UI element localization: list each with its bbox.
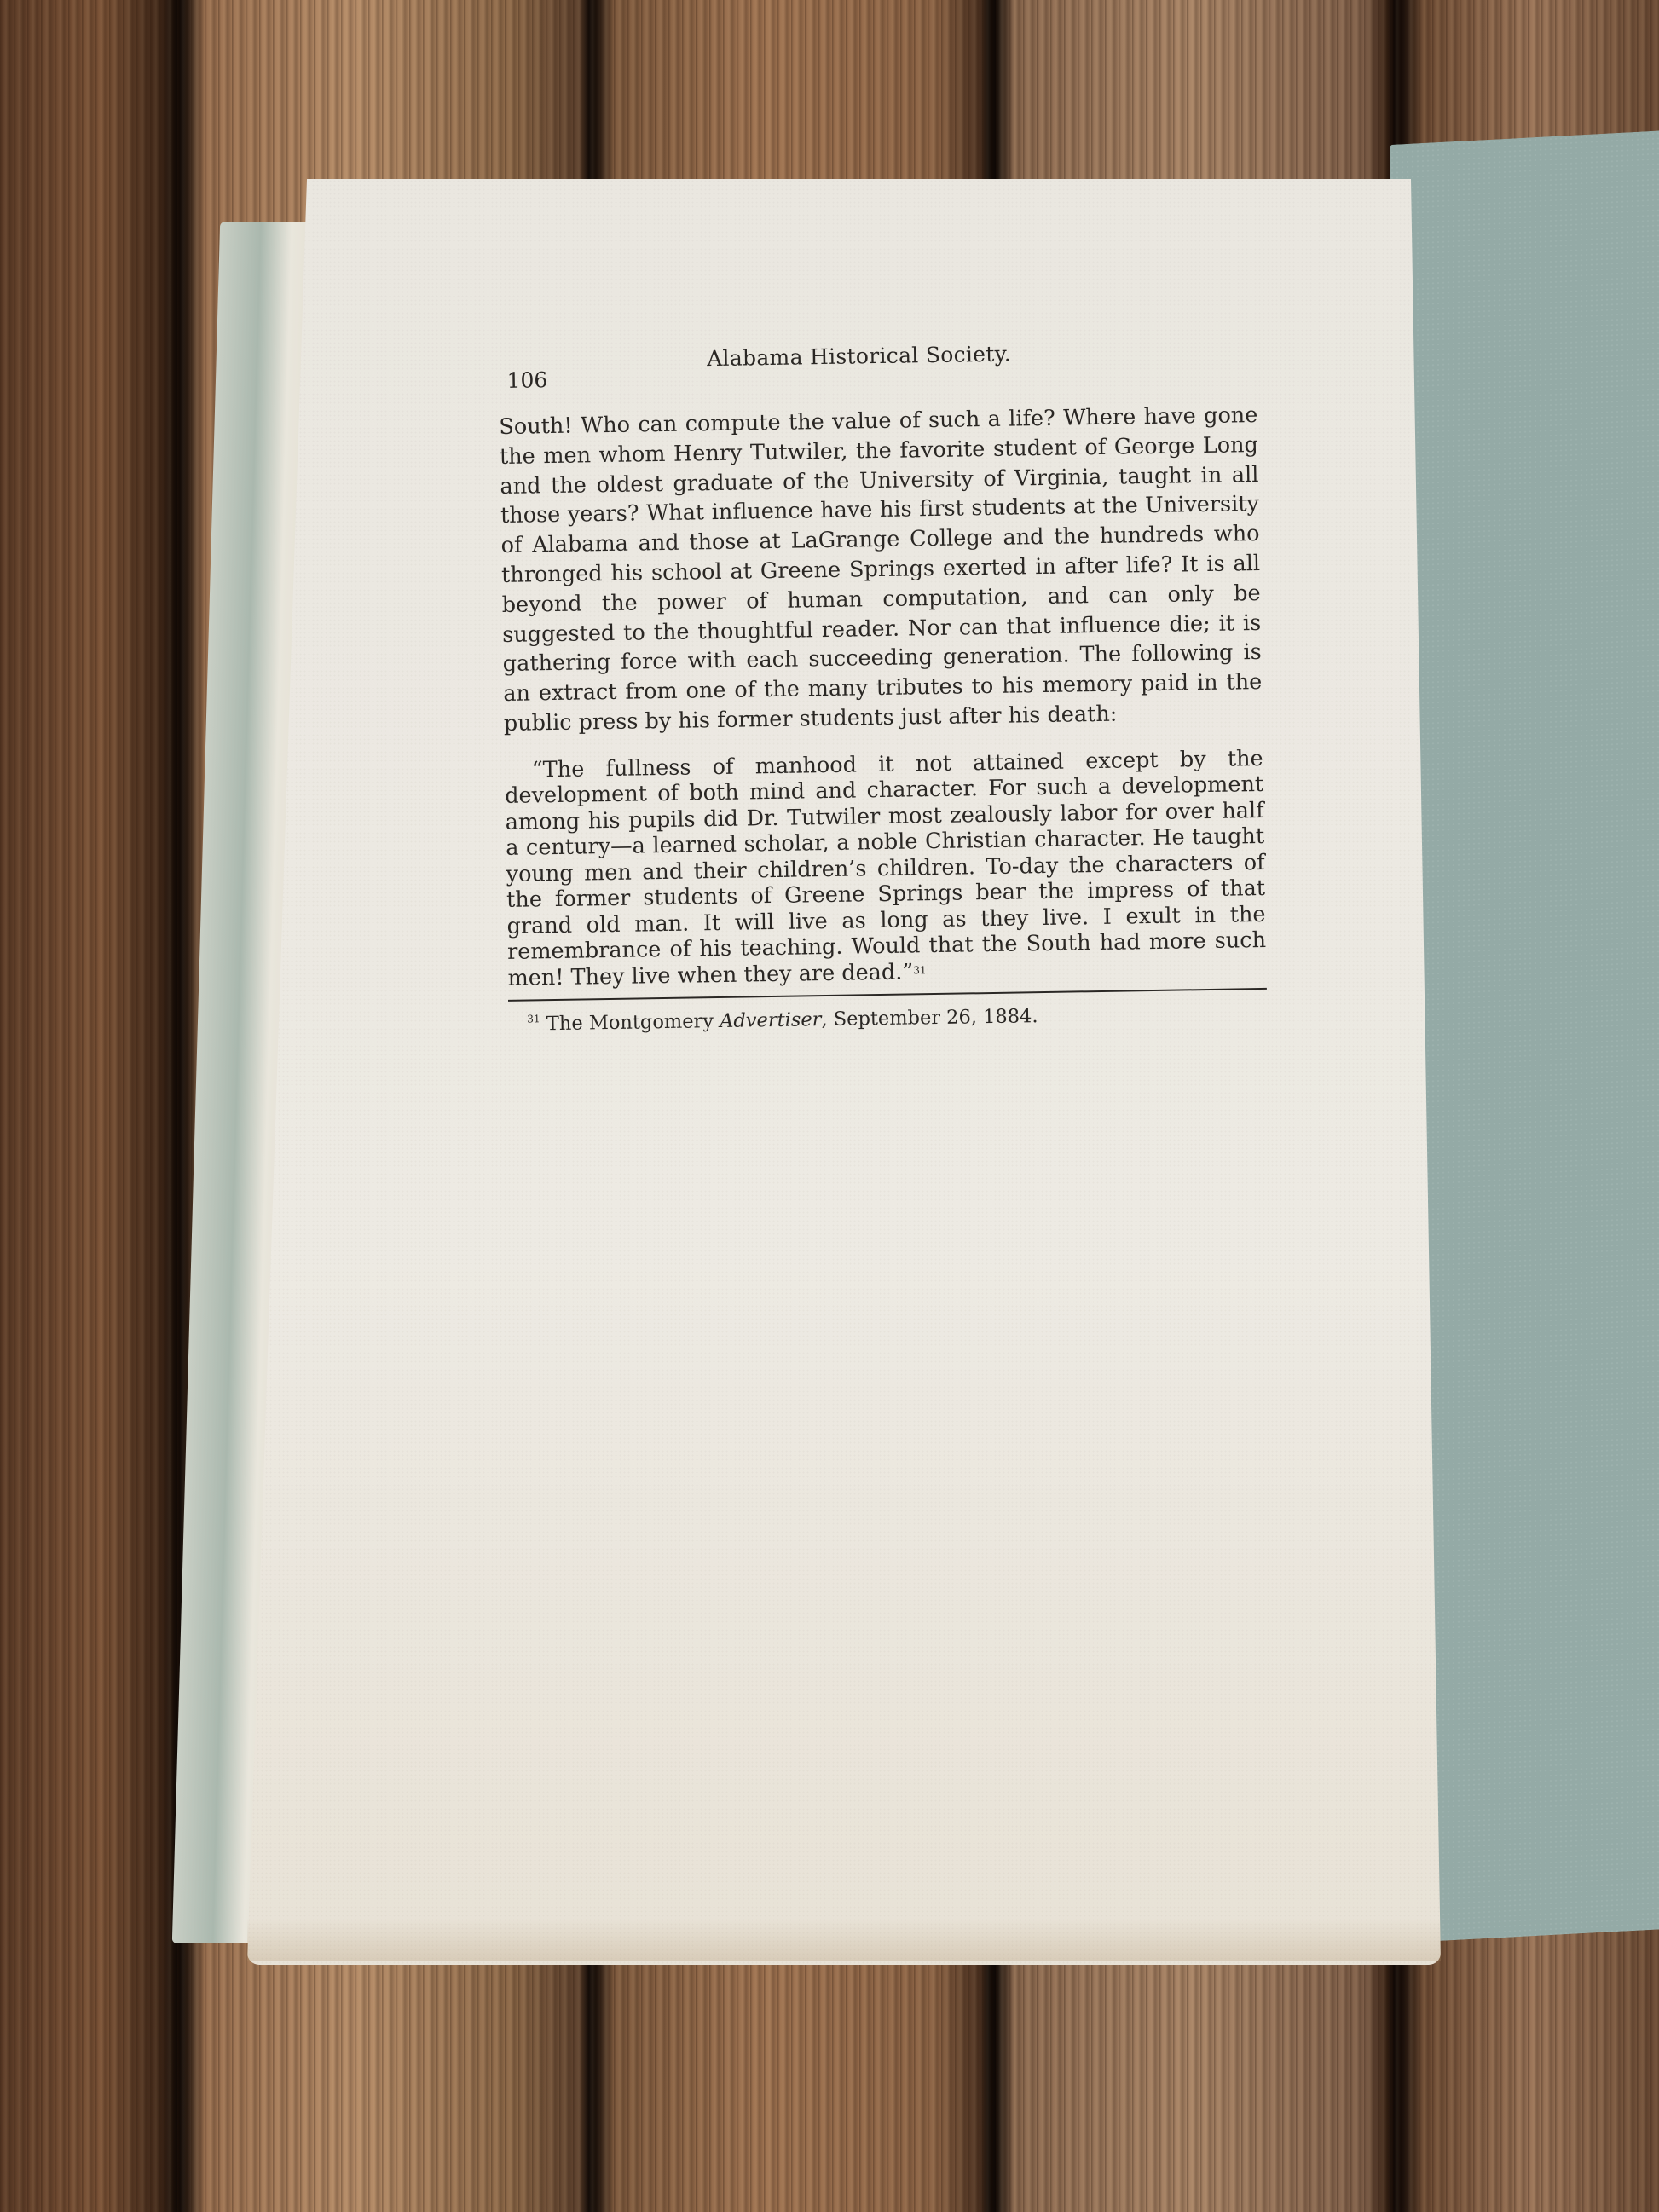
page-number: 106 [506,367,547,393]
running-head-title: Alabama Historical Society. [707,342,1011,372]
quote-text: “The fullness of manhood it not attained… [505,746,1266,991]
footnote-publication: Advertiser [720,1008,822,1032]
body-paragraph: South! Who can compute the value of such… [499,401,1263,739]
quote-paragraph: “The fullness of manhood it not attained… [505,746,1267,991]
footnote-divider [508,988,1267,1002]
running-head: 106 Alabama Historical Society. [498,338,1257,401]
page-text-block: 106 Alabama Historical Society. South! W… [498,338,1268,1036]
footnote-text-before: The Montgomery [546,1010,720,1035]
footnote-mark: 31 [527,1014,540,1025]
page-bottom-edge [247,1918,1441,1961]
footnote-reference: 31 [913,964,926,976]
footnote-text-after: , September 26, 1884. [821,1005,1038,1031]
